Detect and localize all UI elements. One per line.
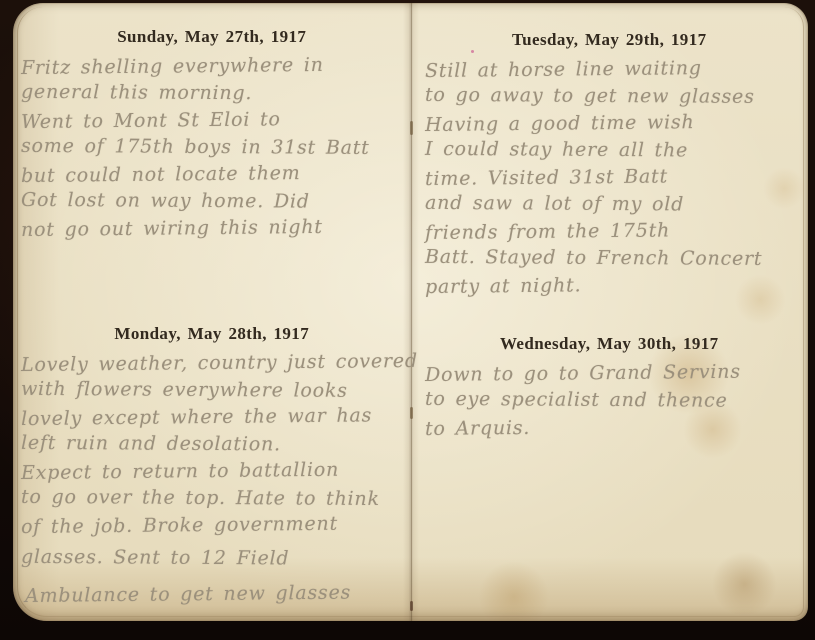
diary-entry-wednesday: Wednesday, May 30th, 1917 Down to go to … — [411, 334, 809, 441]
handwriting-line: party at night. — [424, 270, 806, 301]
entry-date-heading: Monday, May 28th, 1917 — [13, 324, 411, 344]
handwriting-line: left ruin and desolation. — [21, 430, 409, 459]
diary-page-left: Sunday, May 27th, 1917 Fritz shelling ev… — [13, 3, 411, 621]
handwriting-block: Still at horse line waiting to go away t… — [411, 56, 809, 299]
entry-date-heading: Tuesday, May 29th, 1917 — [411, 30, 809, 50]
diary-entry-tuesday: Tuesday, May 29th, 1917 Still at horse l… — [411, 30, 809, 299]
handwriting-line: Down to go to Grand Servins — [424, 358, 806, 389]
handwriting-line: general this morning. — [21, 79, 409, 108]
handwriting-line: Having a good time wish — [424, 108, 806, 139]
handwriting-line: of the job. Broke government — [21, 510, 409, 541]
handwriting-line: some of 175th boys in 31st Batt — [21, 133, 409, 162]
handwriting-line: Fritz shelling everywhere in — [21, 51, 409, 82]
diary-entry-sunday: Sunday, May 27th, 1917 Fritz shelling ev… — [13, 27, 411, 242]
handwriting-line: glasses. Sent to 12 Field — [21, 544, 409, 573]
handwriting-line: Batt. Stayed to French Concert — [424, 244, 806, 273]
handwriting-line: Ambulance to get new glasses — [21, 579, 409, 610]
handwriting-line: Lovely weather, country just covered — [21, 348, 409, 379]
handwriting-line: to go away to get new glasses — [424, 82, 806, 111]
handwriting-line: to go over the top. Hate to think — [21, 484, 409, 513]
entry-date-heading: Sunday, May 27th, 1917 — [13, 27, 411, 47]
entry-date-heading: Wednesday, May 30th, 1917 — [411, 334, 809, 354]
handwriting-line: and saw a lot of my old — [424, 190, 806, 219]
handwriting-line: not go out wiring this night — [21, 213, 409, 244]
handwriting-line: lovely except where the war has — [21, 402, 409, 433]
handwriting-line: time. Visited 31st Batt — [424, 162, 806, 193]
diary-entry-monday: Monday, May 28th, 1917 Lovely weather, c… — [13, 324, 411, 608]
handwriting-line: friends from the 175th — [424, 216, 806, 247]
handwriting-block: Fritz shelling everywhere in general thi… — [13, 53, 411, 242]
handwriting-block: Lovely weather, country just covered wit… — [13, 350, 411, 608]
diary-page-right: Tuesday, May 29th, 1917 Still at horse l… — [411, 3, 809, 621]
handwriting-line: I could stay here all the — [424, 136, 806, 165]
handwriting-line: but could not locate them — [21, 159, 409, 190]
handwriting-line: Got lost on way home. Did — [21, 187, 409, 216]
handwriting-line: Went to Mont St Eloi to — [21, 105, 409, 136]
handwriting-line: with flowers everywhere looks — [21, 376, 409, 405]
handwriting-line: Expect to return to battallion — [21, 456, 409, 487]
handwriting-line: to eye specialist and thence — [424, 386, 806, 415]
handwriting-block: Down to go to Grand Servins to eye speci… — [411, 360, 809, 441]
handwriting-line: Still at horse line waiting — [424, 54, 806, 85]
diary-spread: Sunday, May 27th, 1917 Fritz shelling ev… — [13, 3, 808, 621]
handwriting-line: to Arquis. — [424, 412, 806, 443]
diary-cover: Sunday, May 27th, 1917 Fritz shelling ev… — [0, 0, 815, 640]
